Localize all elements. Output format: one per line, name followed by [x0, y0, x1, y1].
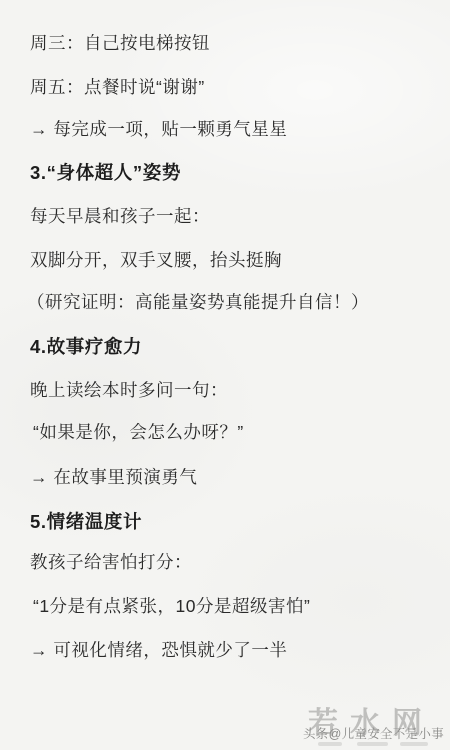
note-page: 周三：自己按电梯按钮 周五：点餐时说“谢谢” → 每完成一项，贴一颗勇气星星 3…	[0, 0, 450, 750]
heading-body-superman-pose: 3.“身体超人”姿势	[30, 161, 181, 184]
heading-story-healing: 4.故事疗愈力	[30, 335, 142, 358]
watermark-smudge	[318, 742, 342, 746]
line-visualize-emotion: → 可视化情绪，恐惧就少了一半	[30, 640, 287, 662]
line-quote-fear-scale: “1分是有点紧张，10分是超级害怕”	[33, 596, 310, 618]
line-pose-description: 双脚分开，双手叉腰，抬头挺胸	[30, 250, 282, 272]
line-rehearse-courage: → 在故事里预演勇气	[30, 467, 197, 489]
line-morning-routine: 每天早晨和孩子一起：	[30, 206, 210, 228]
line-teach-fear-scoring: 教孩子给害怕打分：	[30, 552, 192, 574]
line-quote-what-would-you-do: “如果是你，会怎么办呀？”	[33, 422, 244, 444]
watermark-credit: 头条@儿童安全不是小事	[303, 724, 444, 742]
line-friday-task: 周五：点餐时说“谢谢”	[30, 77, 205, 99]
line-wednesday-task: 周三：自己按电梯按钮	[30, 33, 210, 55]
watermark-smudge	[357, 742, 388, 746]
watermark-smudge	[400, 742, 428, 746]
line-courage-star-reward: → 每完成一项，贴一颗勇气星星	[30, 119, 287, 141]
heading-emotion-thermometer: 5.情绪温度计	[30, 510, 142, 533]
line-bedtime-reading-tip: 晚上读绘本时多问一句：	[30, 380, 228, 402]
line-research-note: （研究证明：高能量姿势真能提升自信！）	[27, 292, 369, 314]
